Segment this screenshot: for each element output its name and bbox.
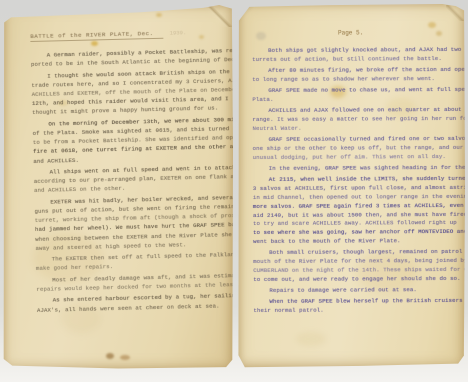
paragraph: The EXETER then set off at full speed to…	[36, 250, 236, 273]
typed-line: to long range so as to shadow her wherev…	[252, 75, 458, 85]
paragraph: Most of her deadly damage was aft, and i…	[36, 271, 236, 294]
typed-line: turrets out of action, but still continu…	[252, 55, 458, 65]
paragraph: All ships went on at full speed and went…	[33, 163, 234, 195]
stain	[156, 13, 162, 17]
paragraph: EXETER was hit badly, her boiler wrecked…	[34, 193, 235, 253]
left-page-text: BATTLE of the RIVER PLATE, Dec.1939. A G…	[30, 20, 237, 317]
stain	[120, 355, 130, 360]
paragraph: On the morning of December 13th, we were…	[32, 115, 233, 166]
typed-line: to come out, and were ready to engage he…	[253, 275, 459, 285]
paragraph: In the evening, GRAF SPEE was sighted he…	[253, 164, 459, 174]
paragraph: ACHILLES and AJAX followed one on each q…	[252, 106, 458, 134]
page-heading-date: 1939.	[163, 29, 186, 37]
paragraph: I thought she would soon attack British …	[31, 67, 232, 118]
paragraph: Repairs to damage were carried out at se…	[253, 286, 459, 296]
page-heading: BATTLE of the RIVER PLATE, Dec.	[30, 30, 164, 42]
typed-line: In the evening, GRAF SPEE was sighted he…	[253, 164, 459, 174]
paragraph: When the GRAF SPEE blew herself up the B…	[253, 297, 459, 316]
typed-line: Neutral Water.	[252, 124, 458, 134]
paragraph: As she entered harbour escorted by a tug…	[37, 291, 237, 314]
cut-corner	[238, 4, 254, 26]
paragraph: GRAF SPEE occasionally turned and fired …	[253, 135, 459, 163]
paragraph: Both small cruisers, though largest, rem…	[253, 248, 459, 285]
typed-line: Repairs to damage were carried out at se…	[253, 286, 459, 296]
page-number: Page 5.	[338, 29, 458, 38]
paragraph: GRAF SPEE made no move to chase us, and …	[252, 86, 458, 105]
typed-paragraphs: A German raider, possibly a Pocket Battl…	[31, 46, 237, 315]
paragraph: At 2115, when well inside the LIMITS, sh…	[253, 175, 459, 247]
paragraph: After 80 minutes firing, we broke off th…	[252, 66, 458, 85]
typed-line: went back to the mouth of the River Plat…	[253, 237, 459, 247]
typed-line: their normal patrol.	[253, 306, 459, 316]
paragraph: Both ships got slightly knocked about, a…	[252, 46, 458, 65]
fold-crease	[446, 5, 464, 21]
right-page-text: Page 5. Both ships got slightly knocked …	[252, 29, 460, 318]
typed-paragraphs: Both ships got slightly knocked about, a…	[252, 46, 459, 316]
heading-row: BATTLE of the RIVER PLATE, Dec.1939.	[30, 20, 230, 43]
left-page: BATTLE of the RIVER PLATE, Dec.1939. A G…	[3, 5, 233, 370]
stain	[428, 22, 436, 28]
stain	[296, 332, 326, 346]
typed-line: Plata.	[252, 95, 458, 105]
photo-background: BATTLE of the RIVER PLATE, Dec.1939. A G…	[0, 0, 468, 382]
typed-line: unusual dodging, put her off aim. This w…	[253, 153, 459, 163]
paragraph: A German raider, possibly a Pocket Battl…	[31, 46, 231, 69]
stain	[106, 353, 114, 359]
right-page: Page 5. Both ships got slightly knocked …	[238, 4, 465, 368]
